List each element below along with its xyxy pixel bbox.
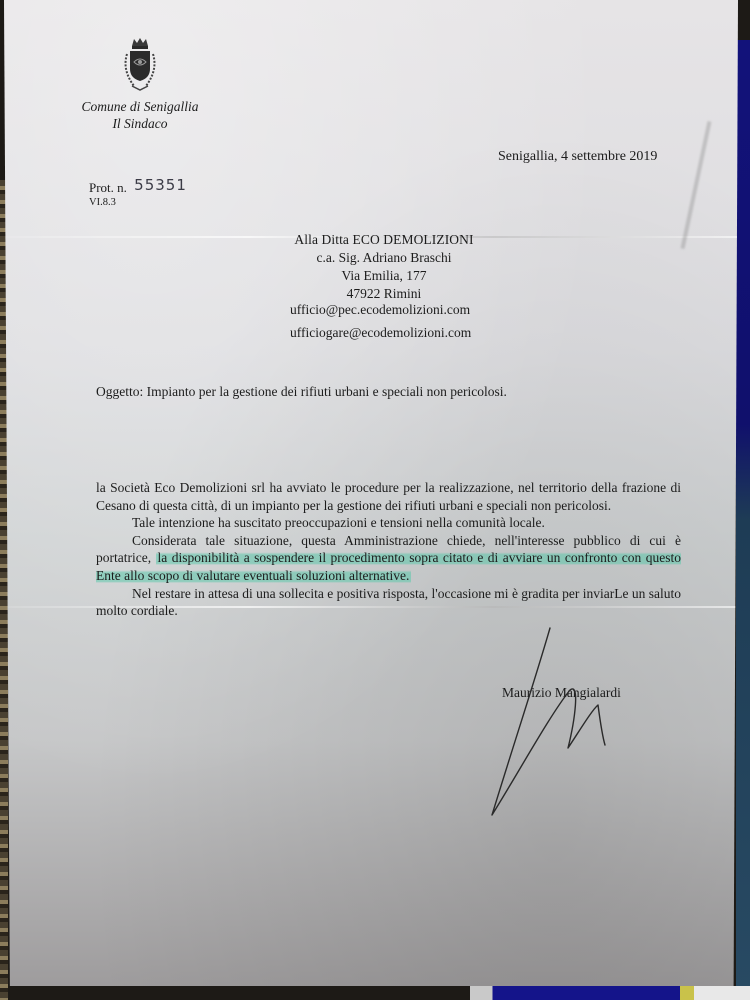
background-book-bottom: [470, 986, 750, 1000]
subject-line: Oggetto: Impianto per la gestione dei ri…: [96, 384, 507, 400]
protocol-number: Prot. n. 55351: [89, 178, 187, 196]
body-paragraph-1: la Società Eco Demolizioni srl ha avviat…: [96, 479, 681, 514]
coat-of-arms-icon: [118, 36, 162, 94]
classification-code: VI.8.3: [89, 197, 116, 208]
recipient-street: Via Emilia, 177: [284, 267, 484, 285]
recipient-emails: ufficio@pec.ecodemolizioni.com ufficioga…: [290, 298, 471, 344]
municipality-name: Comune di Senigallia: [70, 98, 210, 115]
recipient-address: Alla Ditta ECO DEMOLIZIONI c.a. Sig. Adr…: [284, 231, 484, 303]
recipient-company: Alla Ditta ECO DEMOLIZIONI: [284, 231, 484, 249]
highlighted-request: la disponibilità a sospendere il procedi…: [96, 550, 681, 583]
date-line: Senigallia, 4 settembre 2019: [498, 149, 657, 165]
paper-crease: [681, 121, 712, 249]
protocol-label: Prot. n.: [89, 180, 127, 195]
body-paragraph-4: Nel restare in attesa di una sollecita e…: [96, 585, 681, 620]
email-gare: ufficiogare@ecodemolizioni.com: [290, 321, 471, 344]
letterhead: Comune di Senigallia Il Sindaco: [70, 36, 210, 132]
body-paragraph-2: Tale intenzione ha suscitato preoccupazi…: [96, 514, 681, 532]
recipient-attention: c.a. Sig. Adriano Braschi: [284, 249, 484, 267]
background-book-spine: [736, 40, 750, 1000]
protocol-handwritten-number: 55351: [134, 176, 187, 194]
body-paragraph-3: Considerata tale situazione, questa Ammi…: [96, 532, 681, 585]
handwritten-signature: [480, 620, 640, 830]
email-pec: ufficio@pec.ecodemolizioni.com: [290, 298, 471, 321]
office-name: Il Sindaco: [70, 115, 210, 132]
letter-body: la Società Eco Demolizioni srl ha avviat…: [96, 479, 681, 620]
